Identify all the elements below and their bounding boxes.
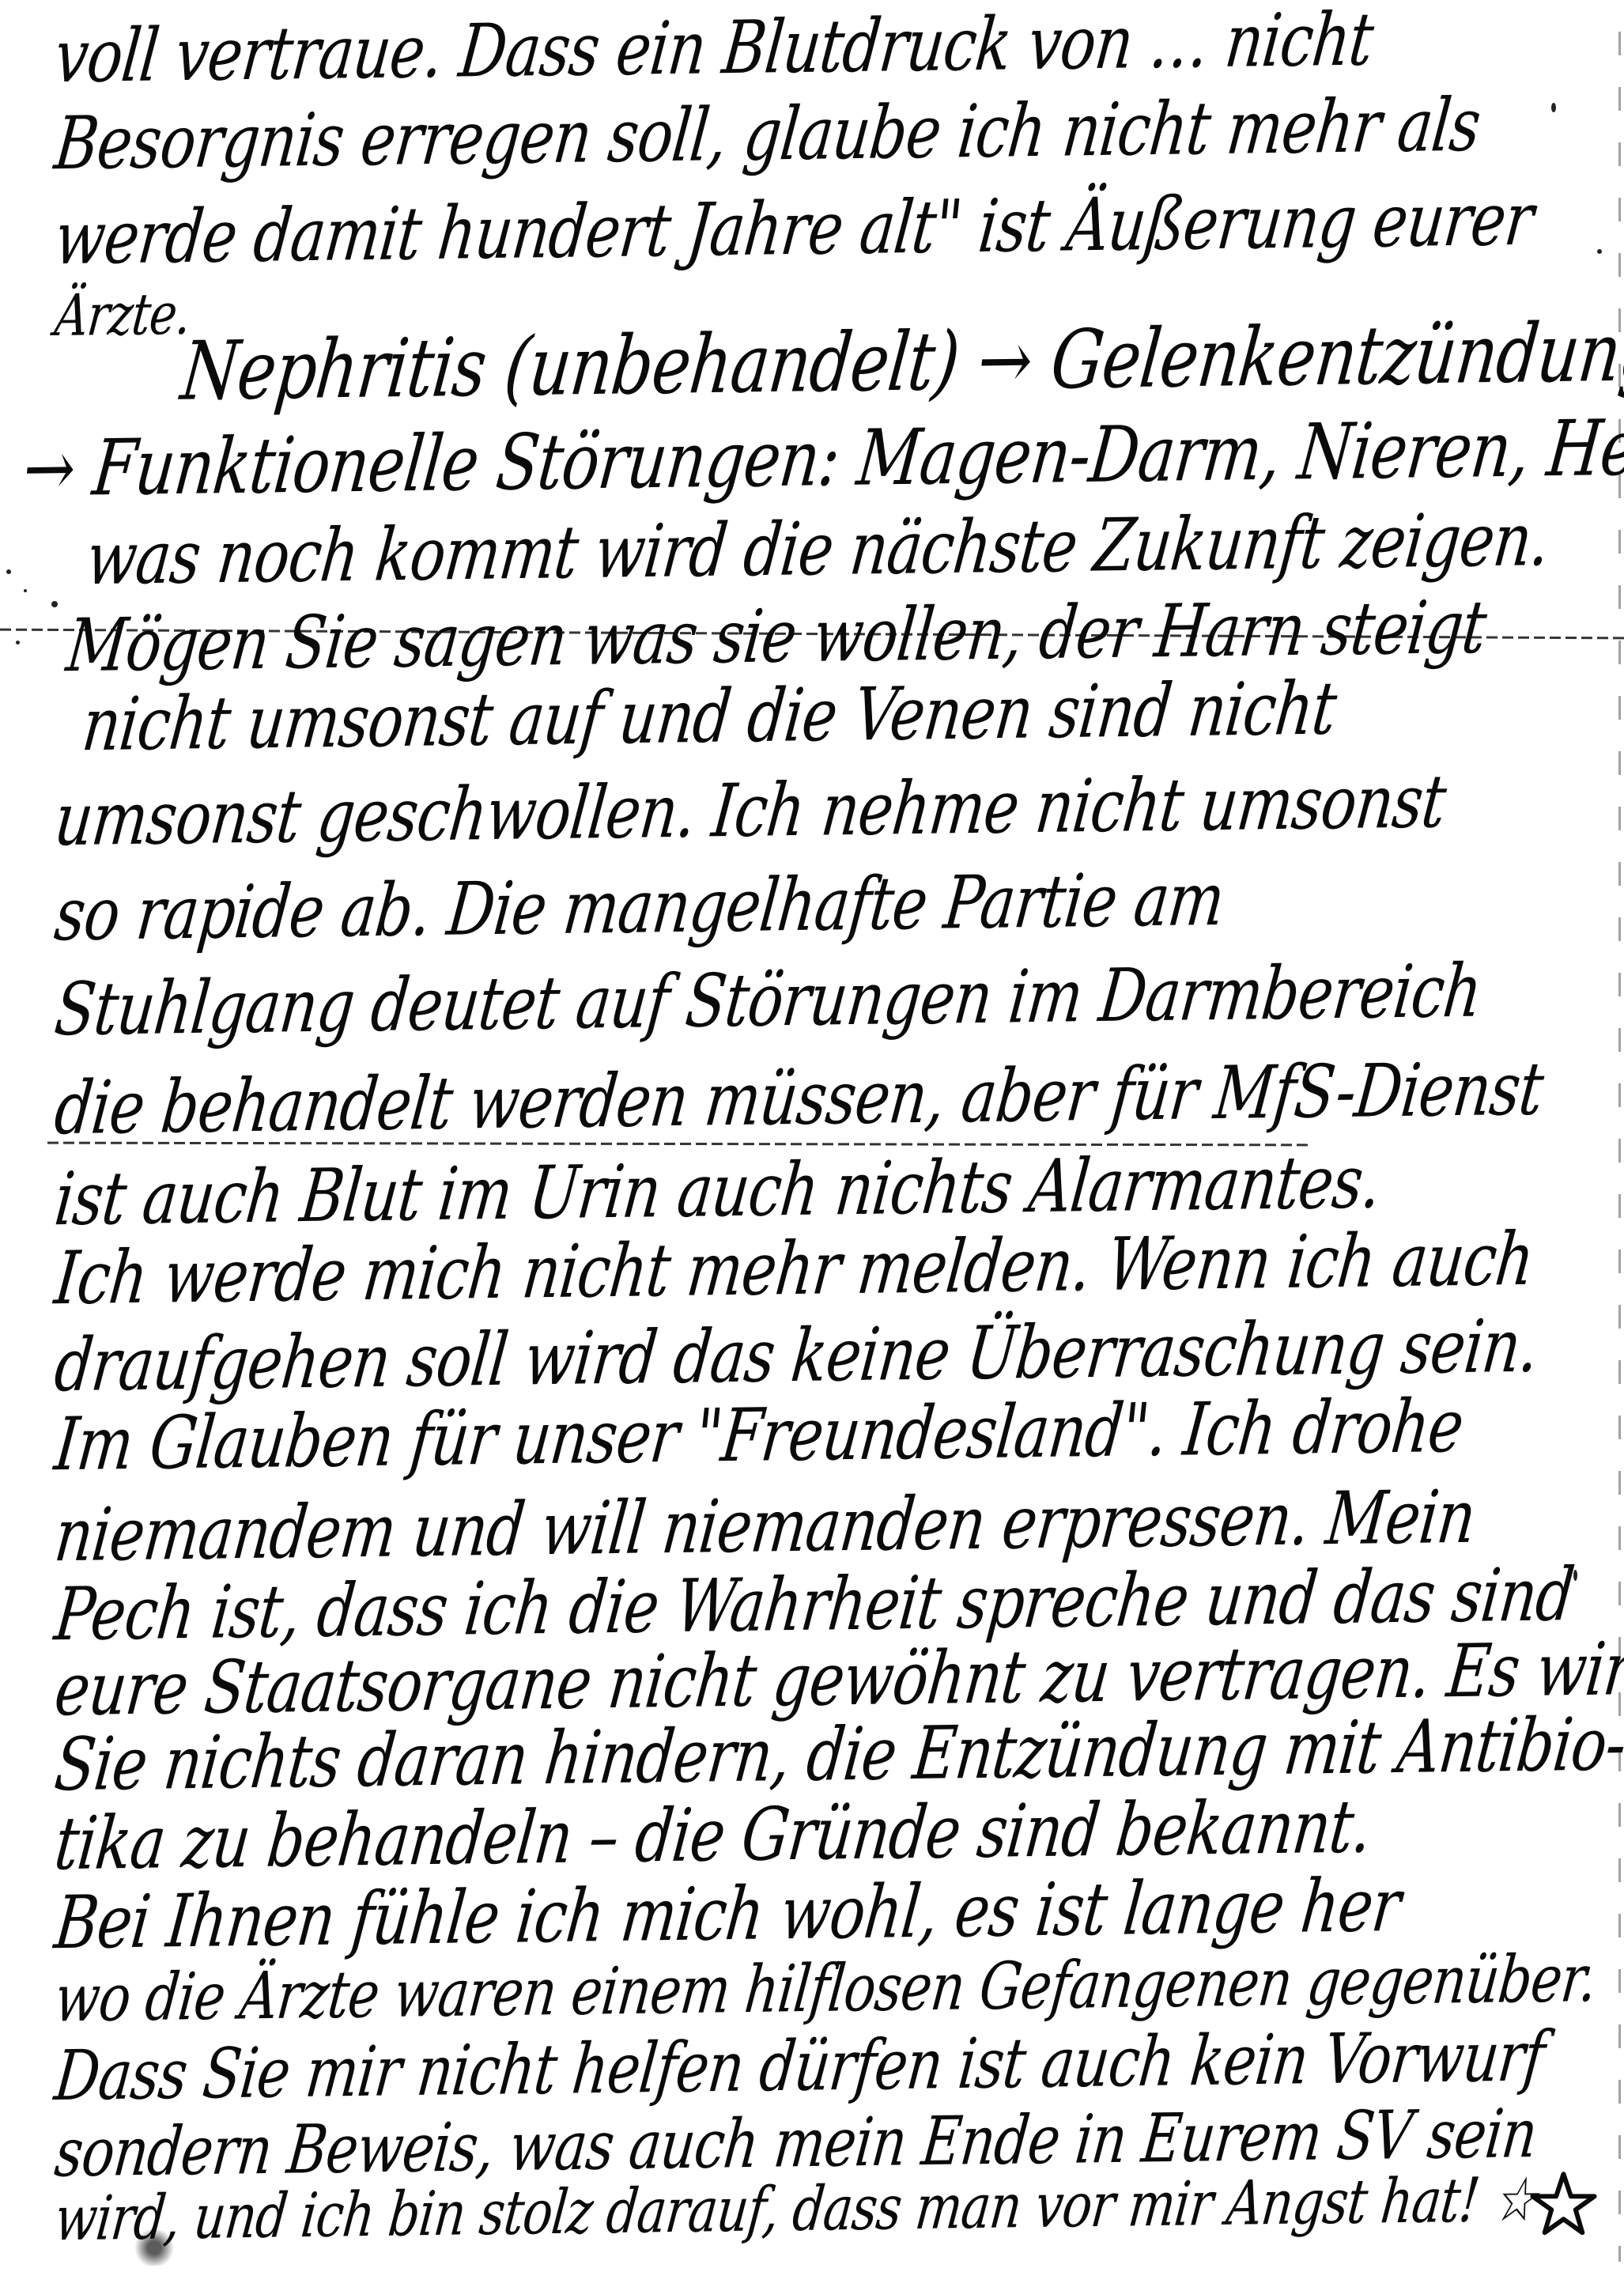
letter-line: → Funktionelle Störungen: Magen-Darm, Ni… [20, 410, 1624, 508]
scan-speck [24, 589, 27, 592]
letter-line: voll vertraue. Dass ein Blutdruck von … … [51, 3, 1376, 93]
scan-speck [51, 601, 58, 607]
letter-line: Besorgnis erregen soll, glaube ich nicht… [51, 89, 1483, 180]
letter-line: Ich werde mich nicht mehr melden. Wenn i… [51, 1223, 1536, 1315]
scan-speck [1597, 249, 1602, 254]
letter-line: so rapide ab. Die mangelhafte Partie am [51, 863, 1227, 951]
letter-line: Dass Sie mir nicht helfen dürfen ist auc… [51, 2022, 1547, 2111]
letter-line: Im Glauben für unser "Freundesland". Ich… [51, 1389, 1466, 1481]
letter-line: was noch kommt wird die nächste Zukunft … [83, 504, 1552, 596]
letter-line: nicht umsonst auf und die Venen sind nic… [79, 672, 1339, 762]
letter-line: umsonst geschwollen. Ich nehme nicht ums… [51, 766, 1448, 856]
scan-speck [1551, 103, 1556, 112]
star-icon [1530, 2171, 1597, 2238]
scan-speck [16, 641, 20, 645]
letter-line: werde damit hundert Jahre alt" ist Äußer… [51, 183, 1536, 275]
letter-line: Sie nichts daran hindern, die Entzündung… [51, 1708, 1624, 1801]
letter-line: Stuhlgang deutet auf Störungen im Darmbe… [51, 955, 1484, 1046]
letter-line: Nephritis (unbehandelt) → Gelenkentzündu… [178, 312, 1624, 413]
letter-line: Ärzte. [52, 285, 193, 345]
scanned-letter-page: voll vertraue. Dass ein Blutdruck von … … [0, 0, 1624, 2272]
letter-line: wird, und ich bin stolz darauf, dass man… [52, 2169, 1539, 2250]
letter-line: die behandelt werden müssen, aber für Mf… [51, 1053, 1546, 1145]
scan-speck [6, 569, 11, 574]
